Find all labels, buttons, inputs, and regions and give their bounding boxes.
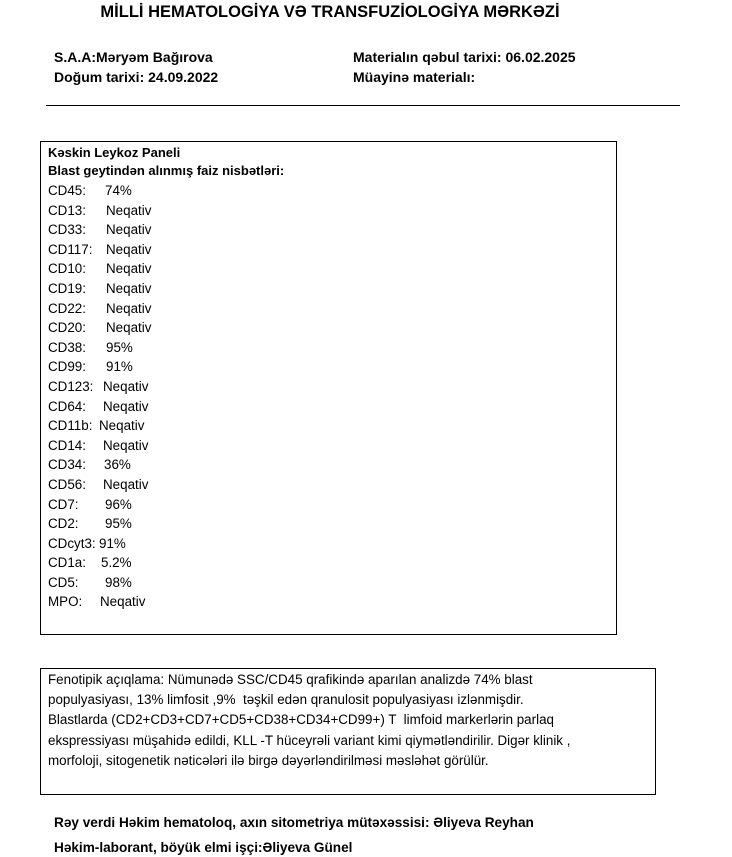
marker-row: CD20:Neqativ [48, 318, 616, 338]
marker-name: CD13: [48, 201, 106, 221]
marker-value: Neqativ [106, 240, 151, 260]
marker-row: CD19:Neqativ [48, 279, 616, 299]
marker-value: Neqativ [103, 377, 148, 397]
marker-name: CD5: [48, 573, 105, 593]
marker-row: CD64:Neqativ [48, 397, 616, 417]
description-line: populyasiyası, 13% limfosit ,9% təşkil e… [48, 690, 648, 710]
marker-value: 96% [105, 495, 132, 515]
marker-name: CD123: [48, 377, 103, 397]
marker-value: 74% [105, 181, 132, 201]
marker-name: CD10: [48, 259, 106, 279]
marker-row: MPO:Neqativ [48, 592, 616, 612]
leukemia-panel-box: Kəskin Leykoz Paneli Blast geytindən alı… [40, 141, 617, 635]
marker-row: CD33:Neqativ [48, 220, 616, 240]
marker-name: CD19: [48, 279, 106, 299]
marker-name: CD11b: [48, 416, 99, 436]
panel-subtitle: Blast geytindən alınmış faiz nisbətləri: [48, 162, 616, 180]
marker-name: CD38: [48, 338, 106, 358]
marker-name: CD56: [48, 475, 103, 495]
marker-name: CD34: [48, 455, 104, 475]
marker-list: CD45:74%CD13:NeqativCD33:NeqativCD117:Ne… [48, 181, 616, 612]
patient-name: S.A.A:Məryəm Bağırova [54, 47, 218, 67]
marker-row: CD34:36% [48, 455, 616, 475]
marker-name: CD45: [48, 181, 105, 201]
marker-row: CD5:98% [48, 573, 616, 593]
panel-title: Kəskin Leykoz Paneli [48, 144, 616, 162]
patient-info: S.A.A:Məryəm Bağırova Doğum tarixi: 24.0… [54, 47, 218, 87]
marker-name: CD117: [48, 240, 106, 260]
marker-value: Neqativ [106, 279, 151, 299]
marker-value: Neqativ [106, 299, 151, 319]
marker-value: 95% [106, 338, 133, 358]
birth-date: Doğum tarixi: 24.09.2022 [54, 67, 218, 87]
marker-row: CD22:Neqativ [48, 299, 616, 319]
material-info: Materialın qəbul tarixi: 06.02.2025 Müay… [353, 47, 576, 87]
marker-row: CD1a:5.2% [48, 553, 616, 573]
marker-value: 91% [106, 357, 133, 377]
marker-row: CD117:Neqativ [48, 240, 616, 260]
marker-name: CD2: [48, 514, 105, 534]
marker-value: Neqativ [106, 318, 151, 338]
phenotypic-description-box: Fenotipik açıqlama: Nümunədə SSC/CD45 qr… [40, 668, 656, 795]
marker-row: CD14:Neqativ [48, 436, 616, 456]
marker-name: CD64: [48, 397, 103, 417]
signature-hematologist: Rəy verdi Həkim hematoloq, axın sitometr… [54, 815, 534, 830]
header-divider [46, 105, 680, 106]
marker-name: CD7: [48, 495, 105, 515]
marker-name: CD1a: [48, 553, 101, 573]
description-line: ekspressiyası müşahidə edildi, KLL -T hü… [48, 731, 648, 751]
marker-name: CDcyt3: [48, 534, 99, 554]
description-line: Fenotipik açıqlama: Nümunədə SSC/CD45 qr… [48, 670, 648, 690]
marker-value: 98% [105, 573, 132, 593]
marker-row: CDcyt3:91% [48, 534, 616, 554]
marker-value: Neqativ [106, 201, 151, 221]
marker-name: MPO: [48, 592, 100, 612]
examination-material: Müayinə materialı: [353, 67, 576, 87]
marker-row: CD13:Neqativ [48, 201, 616, 221]
marker-row: CD7:96% [48, 495, 616, 515]
marker-row: CD99:91% [48, 357, 616, 377]
marker-value: Neqativ [99, 416, 144, 436]
marker-value: 95% [105, 514, 132, 534]
marker-value: 5.2% [101, 553, 132, 573]
marker-value: Neqativ [100, 592, 145, 612]
marker-row: CD2:95% [48, 514, 616, 534]
marker-value: 91% [99, 534, 126, 554]
marker-name: CD22: [48, 299, 106, 319]
marker-value: Neqativ [103, 475, 148, 495]
marker-row: CD56:Neqativ [48, 475, 616, 495]
document-title: MİLLİ HEMATOLOGİYA VƏ TRANSFUZİOLOGİYA M… [0, 3, 660, 22]
marker-name: CD20: [48, 318, 106, 338]
marker-value: Neqativ [106, 220, 151, 240]
marker-name: CD33: [48, 220, 106, 240]
description-line: morfoloji, sitogenetik nəticələri ilə bi… [48, 751, 648, 771]
marker-value: Neqativ [103, 436, 148, 456]
marker-name: CD99: [48, 357, 106, 377]
receipt-date: Materialın qəbul tarixi: 06.02.2025 [353, 47, 576, 67]
marker-row: CD10:Neqativ [48, 259, 616, 279]
signature-lab-physician: Həkim-laborant, böyük elmi işçi:Əliyeva … [54, 840, 352, 855]
marker-name: CD14: [48, 436, 103, 456]
marker-value: Neqativ [103, 397, 148, 417]
marker-value: Neqativ [106, 259, 151, 279]
description-line: Blastlarda (CD2+CD3+CD7+CD5+CD38+CD34+CD… [48, 710, 648, 730]
marker-value: 36% [104, 455, 131, 475]
marker-row: CD11b:Neqativ [48, 416, 616, 436]
marker-row: CD123:Neqativ [48, 377, 616, 397]
marker-row: CD38:95% [48, 338, 616, 358]
marker-row: CD45:74% [48, 181, 616, 201]
